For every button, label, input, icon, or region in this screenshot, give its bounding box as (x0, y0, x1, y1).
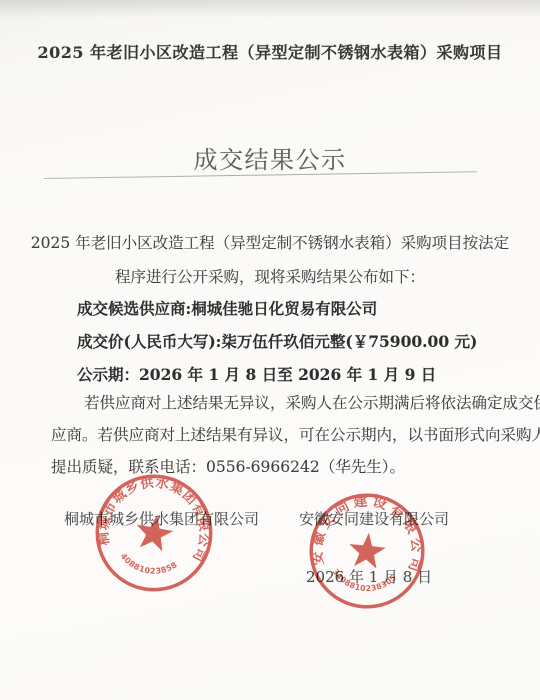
right-seal-arc-text: 安徽安同建设有限公司 (306, 486, 432, 578)
left-company-seal: 桐城市城乡供水集团有限公司 3408810238580 (82, 461, 226, 605)
svg-text:安徽安同建设有限公司: 安徽安同建设有限公司 (306, 486, 432, 578)
document-title: 2025 年老旧小区改造工程（异型定制不锈钢水表箱）采购项目 (0, 40, 540, 63)
right-company-seal: 安徽安同建设有限公司 3408810238305 (300, 484, 434, 618)
star-icon (133, 511, 176, 552)
scan-artifact (0, 0, 540, 18)
intro-line-2: 程序进行公开采购，现将采购结果公布如下： (0, 265, 540, 287)
price-line: 成交价(人民币大写):柒万伍仟玖佰元整(￥75900.00 元) (77, 330, 477, 352)
objection-line-1: 若供应商对上述结果无异议，采购人在公示期满后将依法确定成交供 (84, 391, 540, 413)
publicity-period-line: 公示期：2026 年 1 月 8 日至 2026 年 1 月 9 日 (77, 363, 436, 385)
announcement-heading: 成交结果公示 (0, 140, 540, 175)
star-icon (347, 531, 387, 569)
right-seal-number: 3408810238305 (329, 566, 399, 596)
scanned-document-page: 2025 年老旧小区改造工程（异型定制不锈钢水表箱）采购项目 成交结果公示 20… (0, 0, 540, 700)
objection-line-2: 应商。若供应商对上述结果有异议，可在公示期内，以书面形式向采购人 (51, 423, 540, 445)
winning-supplier-line: 成交候选供应商:桐城佳驰日化贸易有限公司 (77, 297, 377, 319)
svg-text:3408810238305: 3408810238305 (329, 566, 399, 596)
intro-line-1: 2025 年老旧小区改造工程（异型定制不锈钢水表箱）采购项目按法定 (0, 231, 540, 253)
